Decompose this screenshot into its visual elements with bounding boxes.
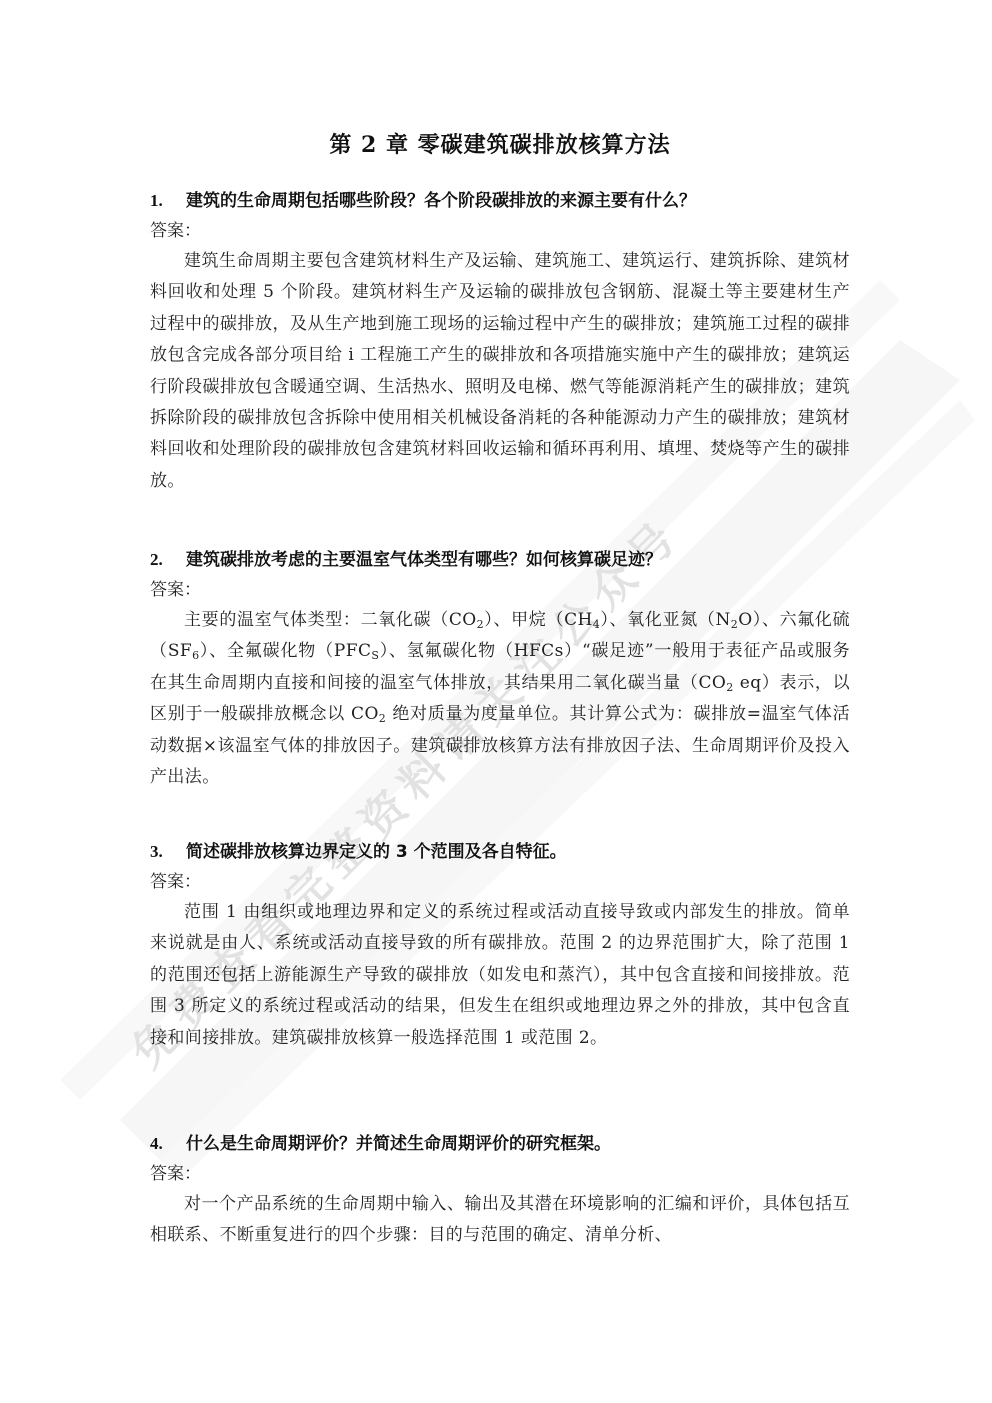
question-title: 4.什么是生命周期评价？并简述生命周期评价的研究框架。	[150, 1129, 850, 1159]
answer-text: 范围 1 由组织或地理边界和定义的系统过程或活动直接导致或内部发生的排放。简单来…	[150, 897, 850, 1054]
question-text: 简述碳排放核算边界定义的 3 个范围及各自特征。	[186, 842, 567, 862]
document-page: 免费查看完整资料请关注公众号 第 2 章 零碳建筑碳排放核算方法 1.建筑的生命…	[0, 0, 992, 1403]
question-title: 2.建筑碳排放考虑的主要温室气体类型有哪些？如何核算碳足迹？	[150, 545, 850, 575]
answer-text: 主要的温室气体类型：二氧化碳（CO2）、甲烷（CH4）、氧化亚氮（N2O）、六氟…	[150, 605, 850, 793]
answer-label: 答案：	[150, 867, 850, 897]
question-number: 2.	[150, 545, 186, 575]
question-block-2: 2.建筑碳排放考虑的主要温室气体类型有哪些？如何核算碳足迹？ 答案： 主要的温室…	[150, 545, 850, 793]
question-block-3: 3.简述碳排放核算边界定义的 3 个范围及各自特征。 答案： 范围 1 由组织或…	[150, 837, 850, 1054]
answer-text: 建筑生命周期主要包含建筑材料生产及运输、建筑施工、建筑运行、建筑拆除、建筑材料回…	[150, 246, 850, 497]
question-block-1: 1.建筑的生命周期包括哪些阶段？各个阶段碳排放的来源主要有什么？ 答案： 建筑生…	[150, 186, 850, 497]
question-number: 1.	[150, 186, 186, 216]
question-title: 3.简述碳排放核算边界定义的 3 个范围及各自特征。	[150, 837, 850, 867]
answer-label: 答案：	[150, 575, 850, 605]
question-block-4: 4.什么是生命周期评价？并简述生命周期评价的研究框架。 答案： 对一个产品系统的…	[150, 1129, 850, 1252]
question-title: 1.建筑的生命周期包括哪些阶段？各个阶段碳排放的来源主要有什么？	[150, 186, 850, 216]
question-text: 建筑的生命周期包括哪些阶段？各个阶段碳排放的来源主要有什么？	[186, 191, 696, 211]
answer-label: 答案：	[150, 1159, 850, 1189]
answer-text: 对一个产品系统的生命周期中输入、输出及其潜在环境影响的汇编和评价，具体包括互相联…	[150, 1189, 850, 1252]
answer-label: 答案：	[150, 216, 850, 246]
question-number: 4.	[150, 1129, 186, 1159]
question-number: 3.	[150, 837, 186, 867]
question-text: 什么是生命周期评价？并简述生命周期评价的研究框架。	[186, 1134, 611, 1154]
question-text: 建筑碳排放考虑的主要温室气体类型有哪些？如何核算碳足迹？	[186, 550, 662, 570]
chapter-title: 第 2 章 零碳建筑碳排放核算方法	[150, 128, 850, 159]
